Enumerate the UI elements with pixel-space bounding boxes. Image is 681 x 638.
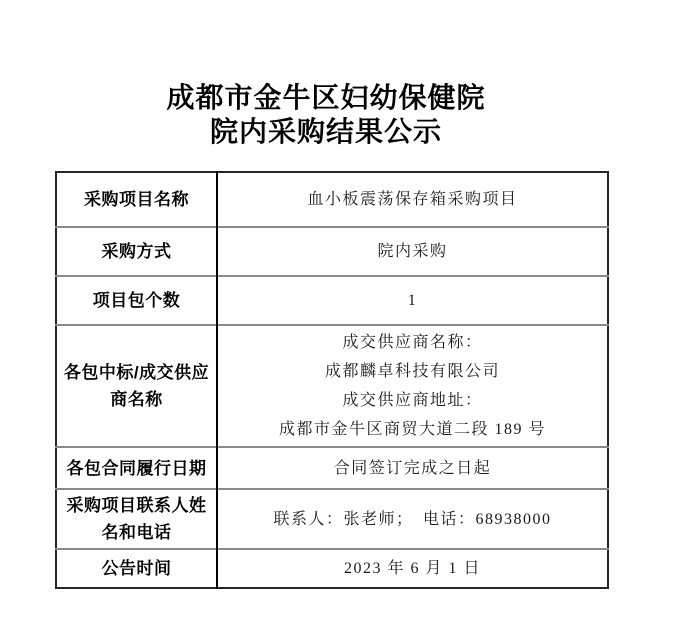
- value-line: 联系人：张老师； 电话：68938000: [222, 505, 603, 534]
- row-label: 项目包个数: [56, 276, 217, 325]
- table-row-contact-info: 采购项目联系人姓名和电话 联系人：张老师； 电话：68938000: [56, 489, 608, 549]
- table-row-package-count: 项目包个数 1: [56, 276, 608, 325]
- table-row-winning-supplier: 各包中标/成交供应商名称 成交供应商名称： 成都麟卓科技有限公司 成交供应商地址…: [56, 325, 608, 447]
- row-label: 采购项目名称: [56, 172, 217, 227]
- row-label: 采购项目联系人姓名和电话: [56, 489, 217, 549]
- row-value: 2023 年 6 月 1 日: [217, 549, 608, 588]
- value-line: 2023 年 6 月 1 日: [222, 554, 603, 583]
- table-row-project-name: 采购项目名称 血小板震荡保存箱采购项目: [56, 172, 608, 227]
- procurement-result-table: 采购项目名称 血小板震荡保存箱采购项目 采购方式 院内采购 项目包个数 1 各包…: [55, 171, 609, 589]
- row-value: 合同签订完成之日起: [217, 447, 608, 489]
- document-title: 成都市金牛区妇幼保健院 院内采购结果公示: [48, 82, 604, 150]
- row-value: 成交供应商名称： 成都麟卓科技有限公司 成交供应商地址： 成都市金牛区商贸大道二…: [217, 325, 608, 447]
- row-label: 采购方式: [56, 227, 217, 276]
- value-line: 合同签订完成之日起: [222, 454, 603, 483]
- value-line: 血小板震荡保存箱采购项目: [222, 185, 603, 214]
- table-row-announcement-date: 公告时间 2023 年 6 月 1 日: [56, 549, 608, 588]
- row-label: 公告时间: [56, 549, 217, 588]
- row-label: 各包合同履行日期: [56, 447, 217, 489]
- value-line: 成交供应商名称：: [222, 328, 603, 357]
- value-line: 成都市金牛区商贸大道二段 189 号: [222, 415, 603, 444]
- row-label: 各包中标/成交供应商名称: [56, 325, 217, 447]
- value-line: 成都麟卓科技有限公司: [222, 357, 603, 386]
- value-line: 院内采购: [222, 237, 603, 266]
- row-value: 1: [217, 276, 608, 325]
- table-row-procurement-method: 采购方式 院内采购: [56, 227, 608, 276]
- title-line-1: 成都市金牛区妇幼保健院: [48, 82, 604, 116]
- table-row-contract-performance-date: 各包合同履行日期 合同签订完成之日起: [56, 447, 608, 489]
- row-value: 院内采购: [217, 227, 608, 276]
- document-page: 成都市金牛区妇幼保健院 院内采购结果公示 采购项目名称 血小板震荡保存箱采购项目…: [0, 0, 681, 638]
- value-line: 1: [222, 286, 603, 315]
- row-value: 联系人：张老师； 电话：68938000: [217, 489, 608, 549]
- value-line: 成交供应商地址：: [222, 386, 603, 415]
- row-value: 血小板震荡保存箱采购项目: [217, 172, 608, 227]
- title-line-2: 院内采购结果公示: [48, 116, 604, 150]
